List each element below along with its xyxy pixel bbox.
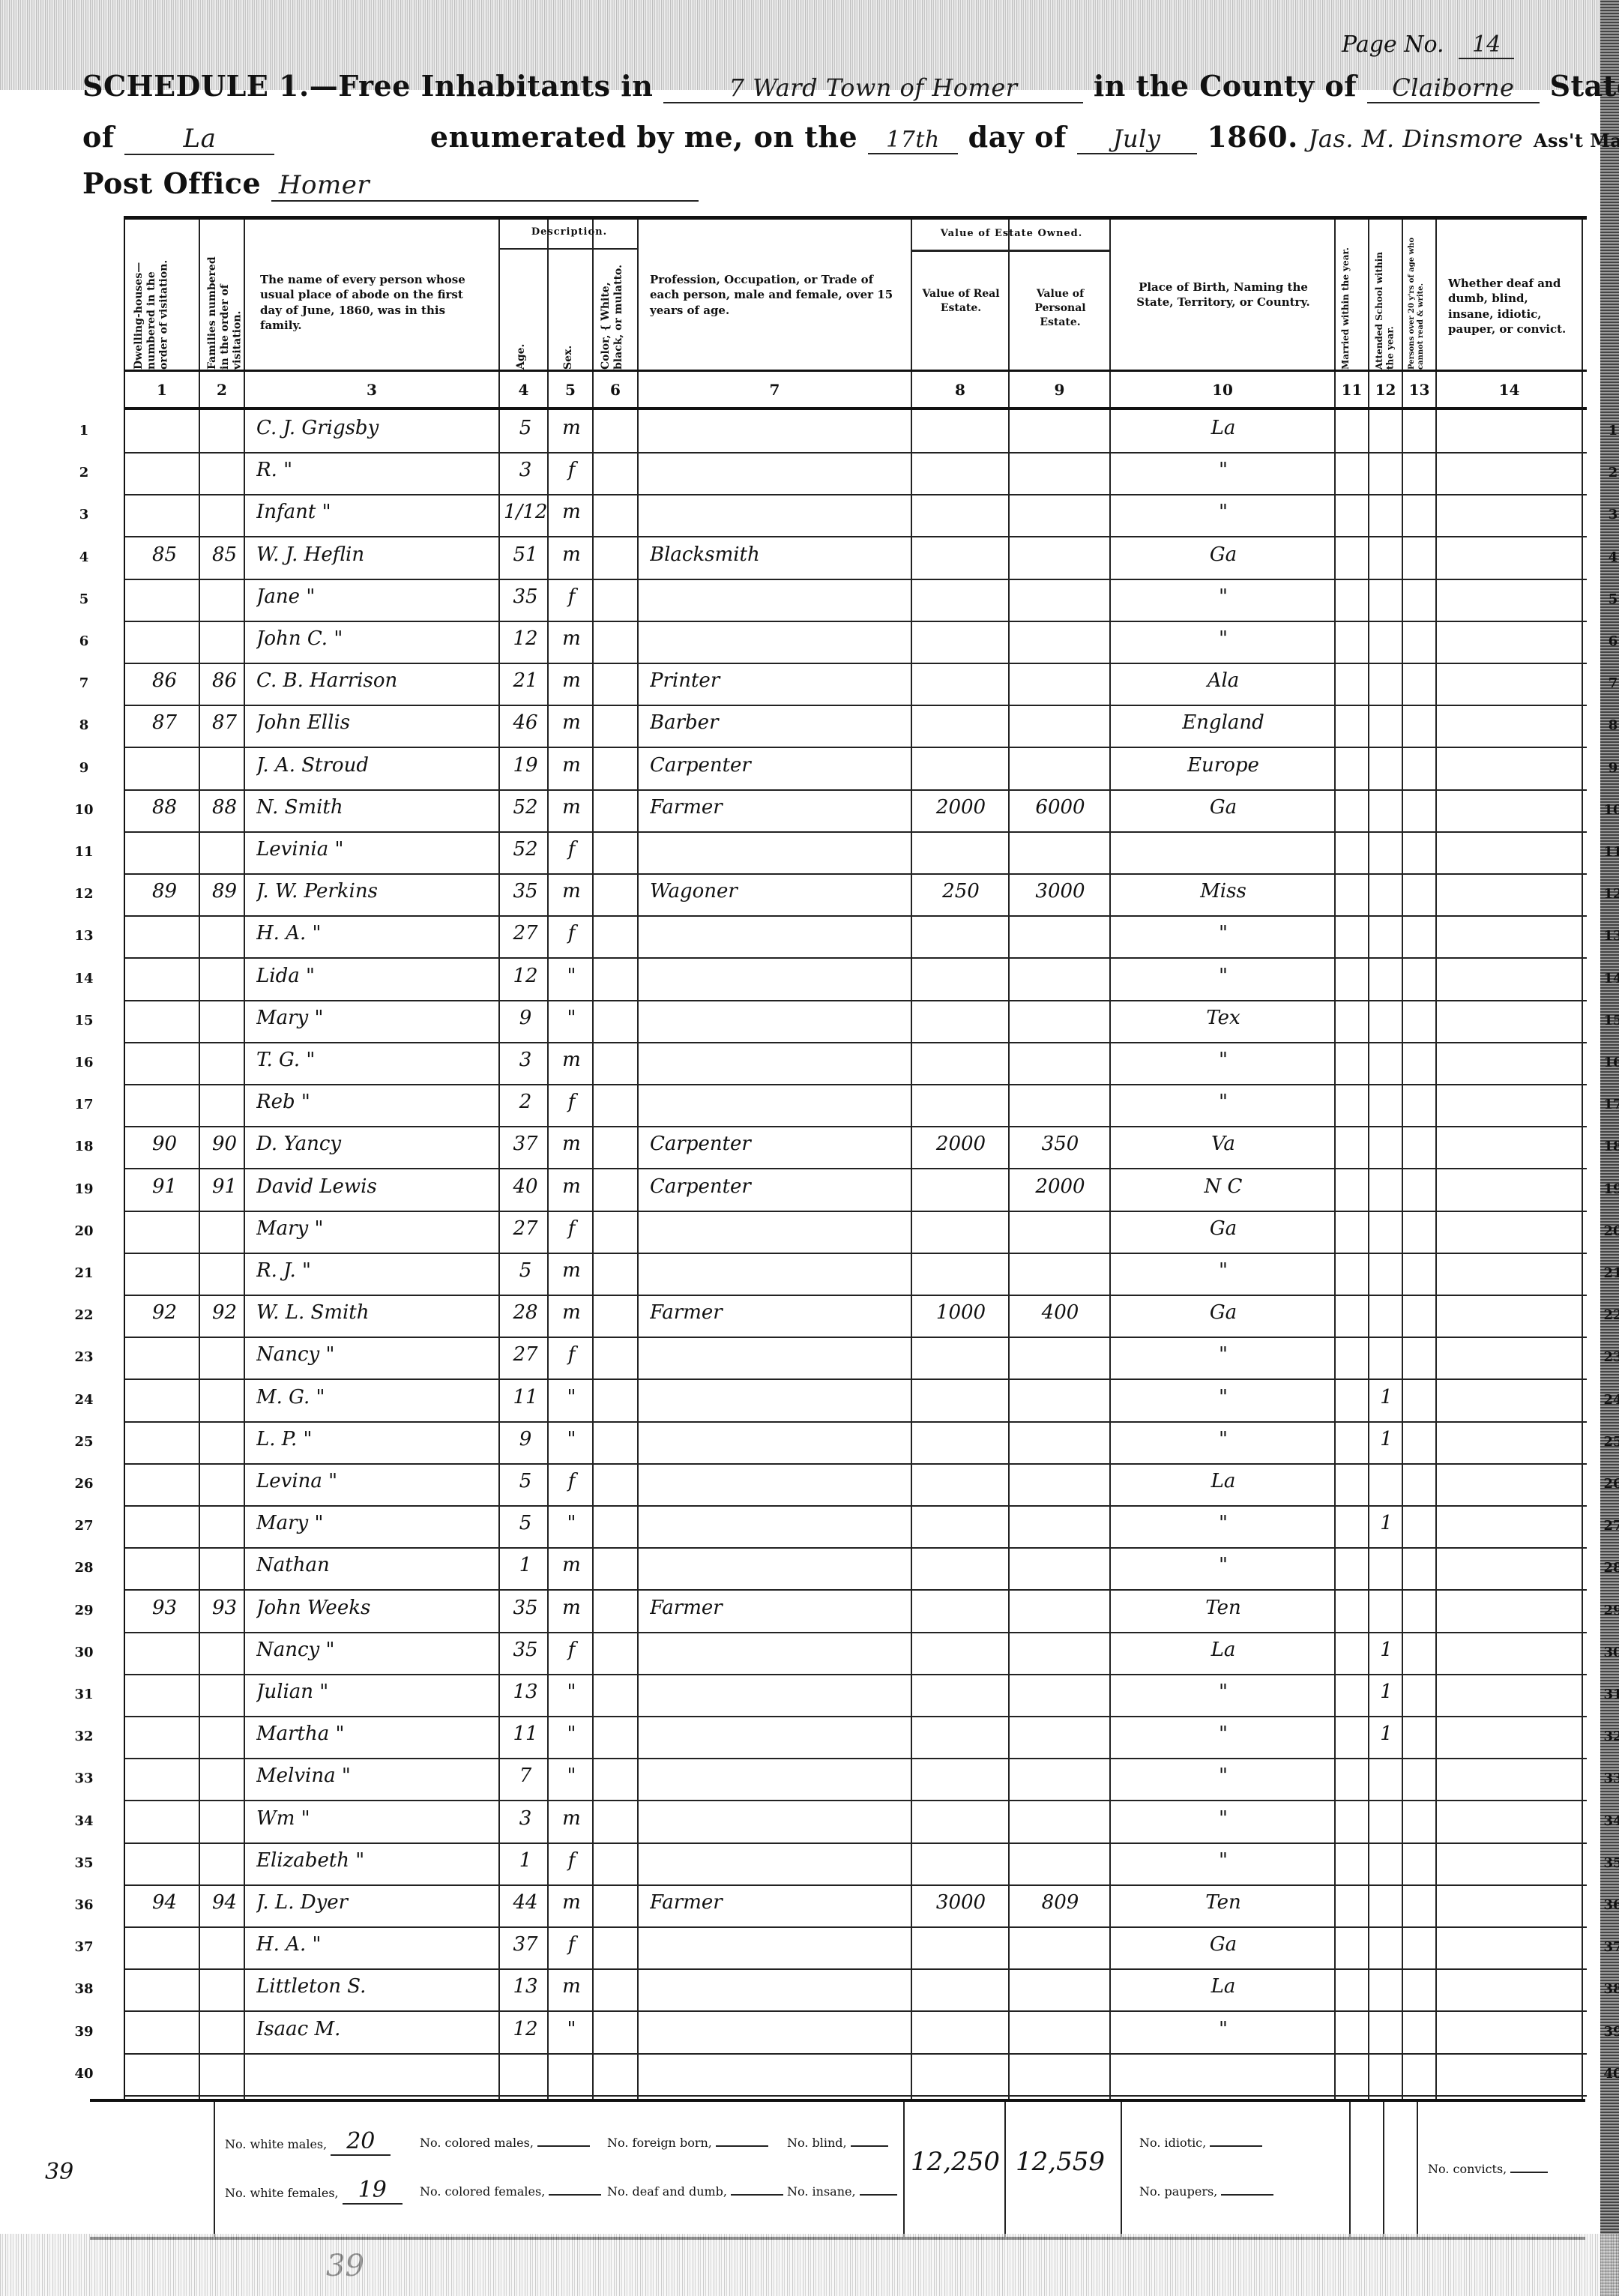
cell-occupation	[650, 1639, 905, 1672]
cell-dwelling: 94	[133, 1891, 196, 1924]
cell-occupation	[650, 1765, 905, 1798]
cell-age: 37	[504, 1933, 547, 1966]
cell-school	[1371, 2018, 1402, 2051]
cell-occupation	[650, 585, 905, 618]
cell-married	[1337, 796, 1368, 829]
cell-birthplace: Ga	[1115, 1217, 1332, 1250]
cell-illiterate	[1405, 754, 1435, 787]
cell-birthplace: Ga	[1115, 796, 1332, 829]
cell-illiterate	[1405, 1175, 1435, 1208]
cell-real	[916, 1175, 1006, 1208]
cell-illiterate	[1405, 1933, 1435, 1966]
cell-name: Isaac M.	[256, 2018, 496, 2051]
line-number: 26	[1598, 1476, 1619, 1492]
cell-occupation: Carpenter	[650, 1133, 905, 1166]
line-number-left: 17	[73, 1097, 95, 1112]
table-row: Melvina "7""3333	[125, 1759, 1587, 1801]
cell-school: 1	[1371, 1428, 1402, 1461]
line-number: 21	[1598, 1265, 1619, 1281]
header-rule	[125, 370, 1587, 372]
cell-color	[596, 627, 637, 660]
cell-school	[1371, 1259, 1402, 1292]
cell-personal	[1013, 1554, 1107, 1587]
line-number-left: 20	[73, 1223, 95, 1239]
cell-name	[256, 2060, 496, 2093]
cell-school: 1	[1371, 1681, 1402, 1714]
cell-dwelling	[133, 1933, 196, 1966]
cell-color	[596, 501, 637, 534]
cell-sex: "	[551, 1007, 592, 1040]
line-number-left: 33	[73, 1771, 95, 1786]
line-number-left: 27	[73, 1518, 95, 1534]
state-field: La	[124, 124, 274, 155]
cell-color	[596, 1470, 637, 1503]
col-3-header: The name of every person whose usual pla…	[260, 272, 485, 333]
line-number-left: 34	[73, 1813, 95, 1829]
cell-personal	[1013, 1470, 1107, 1503]
cell-color	[596, 1133, 637, 1166]
cell-sex: "	[551, 1428, 592, 1461]
cell-age: 3	[504, 459, 547, 492]
line-number-left: 25	[73, 1434, 95, 1450]
cell-sex: f	[551, 922, 592, 955]
table-row: 8585W. J. Heflin51mBlacksmithGa44	[125, 537, 1587, 579]
cell-dwelling	[133, 2018, 196, 2051]
page-number-value: 14	[1459, 31, 1514, 59]
cell-occupation: Carpenter	[650, 1175, 905, 1208]
cell-personal	[1013, 585, 1107, 618]
cell-illiterate	[1405, 1343, 1435, 1376]
cell-age: 35	[504, 585, 547, 618]
cell-name: Nathan	[256, 1554, 496, 1587]
cell-name: Julian "	[256, 1681, 496, 1714]
cell-family	[204, 1428, 245, 1461]
cell-birthplace: N C	[1115, 1175, 1332, 1208]
cell-real	[916, 1428, 1006, 1461]
cell-disability	[1441, 1301, 1579, 1334]
cell-real	[916, 459, 1006, 492]
col-11-header: Married within the year.	[1340, 235, 1351, 370]
table-row: Nathan1m"2828	[125, 1548, 1587, 1590]
cell-disability	[1441, 627, 1579, 660]
cell-personal	[1013, 1259, 1107, 1292]
cell-personal	[1013, 838, 1107, 871]
line-number: 9	[1598, 760, 1619, 776]
cell-family	[204, 1849, 245, 1882]
table-row: H. A. "37fGa3737	[125, 1927, 1587, 1969]
cell-color	[596, 1301, 637, 1334]
cell-family	[204, 922, 245, 955]
cell-family: 88	[204, 796, 245, 829]
cell-age: 5	[504, 417, 547, 450]
cell-family	[204, 1554, 245, 1587]
place-field: 7 Ward Town of Homer	[663, 73, 1083, 103]
cell-sex: f	[551, 1849, 592, 1882]
cell-real	[916, 1933, 1006, 1966]
cell-married	[1337, 880, 1368, 913]
cell-name: Levinia "	[256, 838, 496, 871]
value-estate-group-header: Value of Estate Owned.	[912, 227, 1111, 241]
cell-married	[1337, 1681, 1368, 1714]
line-number: 39	[1598, 2024, 1619, 2040]
cell-birthplace: Ten	[1115, 1597, 1332, 1630]
marshal-label: Ass't Marshal.	[1534, 130, 1619, 151]
cell-illiterate	[1405, 1133, 1435, 1166]
cell-illiterate	[1405, 1681, 1435, 1714]
cell-disability	[1441, 754, 1579, 787]
cell-age: 5	[504, 1259, 547, 1292]
cell-occupation	[650, 1217, 905, 1250]
cell-color	[596, 1891, 637, 1924]
cell-birthplace: "	[1115, 2018, 1332, 2051]
table-row: Levina "5fLa2626	[125, 1464, 1587, 1506]
cell-occupation	[650, 1343, 905, 1376]
table-row: Mary "5""12727	[125, 1506, 1587, 1548]
cell-name: J. L. Dyer	[256, 1891, 496, 1924]
table-row: L. P. "9""12525	[125, 1422, 1587, 1464]
cell-illiterate	[1405, 796, 1435, 829]
cell-family	[204, 459, 245, 492]
cell-birthplace: England	[1115, 711, 1332, 744]
line-number: 3	[1598, 507, 1619, 522]
line-number: 10	[1598, 802, 1619, 818]
table-row: 8686C. B. Harrison21mPrinterAla77	[125, 663, 1587, 705]
cell-married	[1337, 1091, 1368, 1124]
cell-dwelling	[133, 1975, 196, 2008]
cell-birthplace: "	[1115, 459, 1332, 492]
cell-school	[1371, 1554, 1402, 1587]
line-number-left: 16	[73, 1055, 95, 1070]
table-row: Julian "13""13131	[125, 1675, 1587, 1717]
cell-school	[1371, 1849, 1402, 1882]
cell-real	[916, 711, 1006, 744]
cell-occupation: Blacksmith	[650, 543, 905, 576]
cell-married	[1337, 1049, 1368, 1082]
line-number-left: 7	[73, 675, 95, 691]
line-number: 14	[1598, 971, 1619, 986]
cell-school	[1371, 1470, 1402, 1503]
cell-name: H. A. "	[256, 922, 496, 955]
cell-real	[916, 1723, 1006, 1756]
cell-color	[596, 1428, 637, 1461]
col-6-number: 6	[594, 381, 637, 399]
cell-real	[916, 669, 1006, 702]
cell-birthplace: "	[1115, 1849, 1332, 1882]
cell-disability	[1441, 1512, 1579, 1545]
cell-school	[1371, 1133, 1402, 1166]
cell-married	[1337, 669, 1368, 702]
cell-birthplace: "	[1115, 1807, 1332, 1840]
cell-age: 11	[504, 1386, 547, 1419]
cell-name: W. J. Heflin	[256, 543, 496, 576]
cell-married	[1337, 417, 1368, 450]
line-number: 22	[1598, 1307, 1619, 1323]
cell-real	[916, 1554, 1006, 1587]
county-field: Claiborne	[1367, 73, 1540, 103]
col-8-number: 8	[912, 381, 1008, 399]
cell-illiterate	[1405, 1765, 1435, 1798]
cell-school	[1371, 965, 1402, 998]
cell-illiterate	[1405, 1259, 1435, 1292]
cell-occupation: Farmer	[650, 1301, 905, 1334]
cell-color	[596, 1175, 637, 1208]
cell-illiterate	[1405, 417, 1435, 450]
cell-personal	[1013, 711, 1107, 744]
line-number-left: 6	[73, 633, 95, 649]
cell-age: 44	[504, 1891, 547, 1924]
cell-illiterate	[1405, 1975, 1435, 2008]
cell-personal: 6000	[1013, 796, 1107, 829]
cell-personal	[1013, 1723, 1107, 1756]
cell-school	[1371, 711, 1402, 744]
table-row: 8787John Ellis46mBarberEngland88	[125, 705, 1587, 747]
cell-personal	[1013, 965, 1107, 998]
cell-real	[916, 965, 1006, 998]
cell-name: David Lewis	[256, 1175, 496, 1208]
cell-personal	[1013, 1091, 1107, 1124]
cell-real	[916, 1259, 1006, 1292]
cell-name: W. L. Smith	[256, 1301, 496, 1334]
cell-color	[596, 1975, 637, 2008]
cell-dwelling	[133, 1512, 196, 1545]
post-office-field: Homer	[271, 170, 699, 202]
cell-school	[1371, 501, 1402, 534]
foreign-born-total: No. foreign born,	[607, 2136, 768, 2150]
cell-disability	[1441, 1891, 1579, 1924]
line-number: 31	[1598, 1687, 1619, 1702]
cell-family	[204, 1217, 245, 1250]
table-row: 9494J. L. Dyer44mFarmer3000809Ten3636	[125, 1885, 1587, 1927]
cell-real: 250	[916, 880, 1006, 913]
cell-occupation	[650, 1723, 905, 1756]
cell-color	[596, 922, 637, 955]
cell-dwelling	[133, 754, 196, 787]
cell-personal	[1013, 1933, 1107, 1966]
cell-personal	[1013, 1681, 1107, 1714]
day-of-label: day of	[968, 120, 1067, 154]
cell-dwelling: 91	[133, 1175, 196, 1208]
line-number-left: 18	[73, 1139, 95, 1154]
cell-real	[916, 922, 1006, 955]
cell-disability	[1441, 543, 1579, 576]
table-row: Levinia "52f1111	[125, 832, 1587, 874]
line-number-left: 38	[73, 1981, 95, 1997]
cell-illiterate	[1405, 585, 1435, 618]
cell-real	[916, 1217, 1006, 1250]
cell-illiterate	[1405, 1301, 1435, 1334]
cell-occupation: Farmer	[650, 796, 905, 829]
cell-birthplace: Va	[1115, 1133, 1332, 1166]
cell-occupation	[650, 922, 905, 955]
line-number-left: 10	[73, 802, 95, 818]
cell-illiterate	[1405, 711, 1435, 744]
cell-age: 27	[504, 1343, 547, 1376]
col-6-header: Color, { White, black, or mulatto.	[600, 257, 625, 370]
insane-label: No. insane,	[787, 2184, 856, 2199]
cell-age: 12	[504, 627, 547, 660]
cell-name: L. P. "	[256, 1428, 496, 1461]
cell-married	[1337, 1765, 1368, 1798]
cell-name: Nancy "	[256, 1343, 496, 1376]
col-4-header: Age.	[515, 325, 528, 370]
cell-real	[916, 1470, 1006, 1503]
cell-family: 90	[204, 1133, 245, 1166]
cell-illiterate	[1405, 965, 1435, 998]
line-number: 35	[1598, 1855, 1619, 1871]
cell-personal: 350	[1013, 1133, 1107, 1166]
cell-illiterate	[1405, 1007, 1435, 1040]
cell-real	[916, 1597, 1006, 1630]
cell-dwelling	[133, 1639, 196, 1672]
margin-note: 39	[45, 2159, 73, 2185]
cell-age: 3	[504, 1807, 547, 1840]
cell-personal	[1013, 754, 1107, 787]
cell-age	[504, 2060, 547, 2093]
cell-family	[204, 1007, 245, 1040]
cell-married	[1337, 838, 1368, 871]
line-number-left: 30	[73, 1645, 95, 1660]
cell-occupation: Wagoner	[650, 880, 905, 913]
cell-age: 46	[504, 711, 547, 744]
line-number: 17	[1598, 1097, 1619, 1112]
cell-sex	[551, 2060, 592, 2093]
cell-school	[1371, 796, 1402, 829]
cell-disability	[1441, 838, 1579, 871]
cell-name: Reb "	[256, 1091, 496, 1124]
cell-color	[596, 1933, 637, 1966]
post-office-label: Post Office	[82, 166, 261, 200]
cell-occupation	[650, 459, 905, 492]
cell-disability	[1441, 1554, 1579, 1587]
cell-color	[596, 459, 637, 492]
cell-personal	[1013, 2060, 1107, 2093]
table-row: Nancy "35fLa13030	[125, 1633, 1587, 1675]
cell-family	[204, 1259, 245, 1292]
cell-school	[1371, 1933, 1402, 1966]
cell-dwelling	[133, 1386, 196, 1419]
cell-real	[916, 627, 1006, 660]
cell-color	[596, 543, 637, 576]
cell-dwelling	[133, 1554, 196, 1587]
cell-illiterate	[1405, 543, 1435, 576]
cell-family: 85	[204, 543, 245, 576]
cell-real	[916, 2018, 1006, 2051]
cell-school	[1371, 922, 1402, 955]
cell-real	[916, 1849, 1006, 1882]
line-number-left: 36	[73, 1897, 95, 1913]
cell-real	[916, 1807, 1006, 1840]
cell-birthplace: "	[1115, 501, 1332, 534]
cell-school	[1371, 2060, 1402, 2093]
cell-occupation	[650, 1386, 905, 1419]
line-number: 1	[1598, 423, 1619, 439]
cell-illiterate	[1405, 669, 1435, 702]
cell-occupation	[650, 2018, 905, 2051]
cell-age: 13	[504, 1681, 547, 1714]
cell-family	[204, 2060, 245, 2093]
table-row: 9090D. Yancy37mCarpenter2000350Va1818	[125, 1127, 1587, 1169]
cell-dwelling	[133, 1681, 196, 1714]
cell-color	[596, 1639, 637, 1672]
cell-sex: m	[551, 711, 592, 744]
table-row: Littleton S.13mLa3838	[125, 1969, 1587, 2011]
cell-disability	[1441, 669, 1579, 702]
cell-name: John Weeks	[256, 1597, 496, 1630]
cell-disability	[1441, 1007, 1579, 1040]
cell-real	[916, 1386, 1006, 1419]
cell-name: Lida "	[256, 965, 496, 998]
cell-dwelling: 90	[133, 1133, 196, 1166]
cell-school	[1371, 754, 1402, 787]
cell-married	[1337, 1891, 1368, 1924]
deaf-dumb-total: No. deaf and dumb,	[607, 2184, 783, 2199]
cell-married	[1337, 1597, 1368, 1630]
cell-age: 1/12	[504, 501, 547, 534]
line-number: 24	[1598, 1392, 1619, 1408]
cell-name: C. B. Harrison	[256, 669, 496, 702]
cell-school	[1371, 585, 1402, 618]
cell-name: Jane "	[256, 585, 496, 618]
cell-occupation	[650, 1849, 905, 1882]
cell-birthplace: La	[1115, 1470, 1332, 1503]
cell-illiterate	[1405, 1807, 1435, 1840]
line-number-left: 13	[73, 928, 95, 944]
cell-dwelling	[133, 1007, 196, 1040]
cell-married	[1337, 1259, 1368, 1292]
col-13-header: Persons over 20 y'rs of age who cannot r…	[1408, 235, 1426, 370]
cell-real	[916, 1091, 1006, 1124]
cell-married	[1337, 2018, 1368, 2051]
table-row: 9393John Weeks35mFarmerTen2929	[125, 1591, 1587, 1633]
table-row: Infant "1/12m"33	[125, 495, 1587, 537]
cell-real	[916, 543, 1006, 576]
cell-dwelling	[133, 922, 196, 955]
cell-married	[1337, 1554, 1368, 1587]
cell-name: J. W. Perkins	[256, 880, 496, 913]
cell-school	[1371, 1891, 1402, 1924]
colored-males-total: No. colored males,	[420, 2136, 590, 2150]
cell-married	[1337, 1343, 1368, 1376]
line-number: 40	[1598, 2066, 1619, 2082]
cell-color	[596, 417, 637, 450]
cell-real	[916, 1343, 1006, 1376]
cell-real	[916, 417, 1006, 450]
cell-sex: m	[551, 880, 592, 913]
cell-age: 21	[504, 669, 547, 702]
line-number: 13	[1598, 928, 1619, 944]
table-row: 8888N. Smith52mFarmer20006000Ga1010	[125, 790, 1587, 832]
cell-sex: m	[551, 669, 592, 702]
cell-disability	[1441, 1259, 1579, 1292]
table-row: Reb "2f"1717	[125, 1085, 1587, 1127]
cell-sex: f	[551, 459, 592, 492]
cell-age: 12	[504, 965, 547, 998]
cell-married	[1337, 1428, 1368, 1461]
cell-age: 7	[504, 1765, 547, 1798]
cell-birthplace: "	[1115, 1091, 1332, 1124]
county-label: in the County of	[1094, 69, 1357, 103]
cell-illiterate	[1405, 1386, 1435, 1419]
cell-school: 1	[1371, 1512, 1402, 1545]
cell-name: T. G. "	[256, 1049, 496, 1082]
cell-disability	[1441, 585, 1579, 618]
col-3-number: 3	[245, 381, 498, 399]
white-females-total: No. white females, 19	[225, 2177, 403, 2205]
cell-illiterate	[1405, 459, 1435, 492]
cell-illiterate	[1405, 1091, 1435, 1124]
cell-school	[1371, 1175, 1402, 1208]
cell-name: R. "	[256, 459, 496, 492]
